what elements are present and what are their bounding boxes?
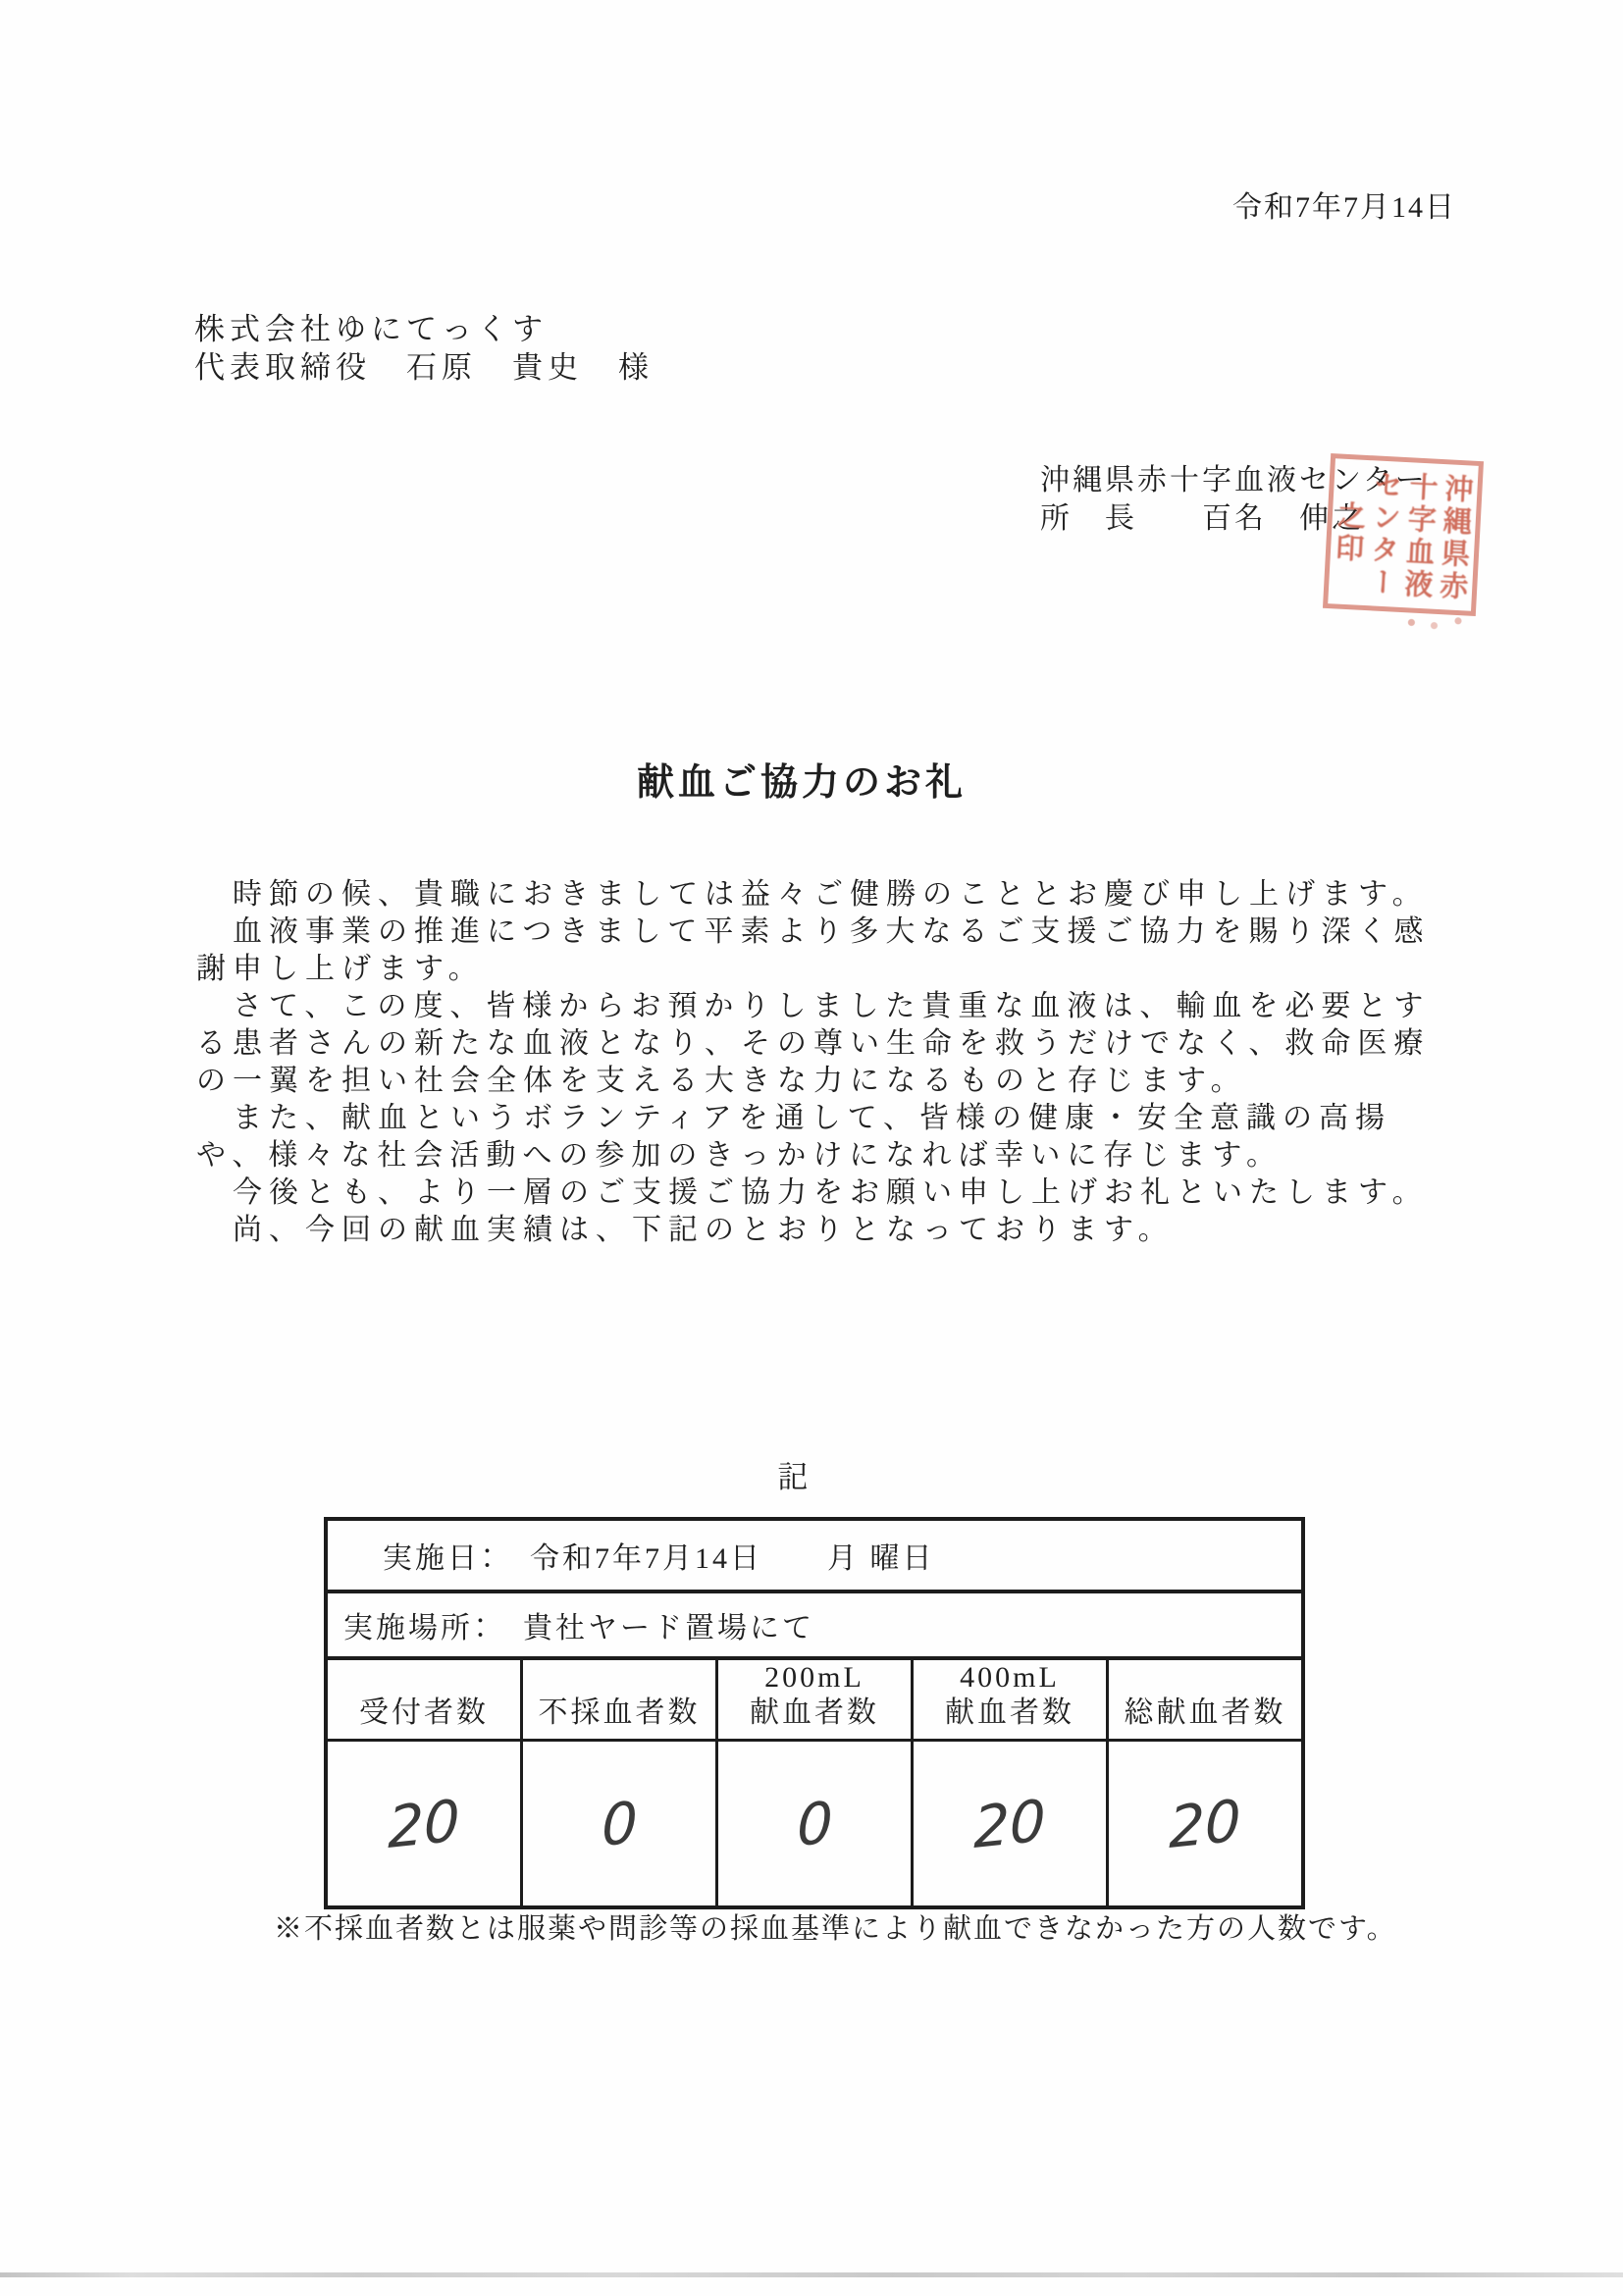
- body-line: また、献血というボランティアを通して、皆様の健康・安全意識の高揚: [196, 1100, 1472, 1137]
- body-line: さて、この度、皆様からお預かりしました貴重な血液は、輸血を必要とす: [196, 988, 1472, 1025]
- body-line: 時節の候、貴職におきましては益々ご健勝のこととお慶び申し上げます。: [196, 876, 1472, 913]
- table-row-place: 実施場所： 貴社ヤード置場にて: [328, 1593, 1301, 1660]
- value-cell-reception: 20: [328, 1742, 523, 1905]
- body-line: や、様々な社会活動への参加のきっかけになれば幸いに存じます。: [196, 1137, 1472, 1174]
- column-header-label: 受付者数: [359, 1696, 489, 1731]
- donation-results-table: 実施日： 令和7年7月14日 月 曜日 実施場所： 貴社ヤード置場にて 受付者数…: [324, 1517, 1305, 1909]
- column-header-label: 献血者数: [750, 1696, 879, 1731]
- column-header-label: 不採血者数: [539, 1696, 701, 1731]
- addressee-person: 代表取締役 石原 貴史 様: [194, 348, 654, 387]
- column-header-label: 献血者数: [945, 1696, 1074, 1731]
- table-header-row: 受付者数 不採血者数 200mL 献血者数 400mL 献血者数 総献血者数: [328, 1660, 1301, 1742]
- column-header-400ml: 400mL 献血者数: [914, 1660, 1109, 1739]
- value-cell-400ml: 20: [914, 1742, 1109, 1905]
- scanned-letter-page: 令和7年7月14日 株式会社ゆにてっくす 代表取締役 石原 貴史 様 沖縄県赤十…: [0, 0, 1623, 2296]
- column-header-label: 総献血者数: [1125, 1696, 1286, 1731]
- body-line: 血液事業の推進につきまして平素より多大なるご支援ご協力を賜り深く感: [196, 913, 1472, 951]
- footnote: ※不採血者数とは服薬や問診等の採血基準により献血できなかった方の人数です。: [274, 1906, 1397, 1947]
- value-cell-deferred: 0: [523, 1742, 718, 1905]
- letter-title: 献血ご協力のお礼: [0, 752, 1603, 806]
- body-line: 今後とも、より一層のご支援ご協力をお願い申し上げお礼といたします。: [196, 1174, 1472, 1212]
- red-seal-stamp: 沖縄県赤十字血液センター之印: [1323, 453, 1484, 616]
- body-line: 謝申し上げます。: [196, 951, 1472, 988]
- table-values-row: 20 0 0 20 20: [328, 1742, 1301, 1905]
- letter-date: 令和7年7月14日: [1232, 183, 1456, 226]
- column-header-200ml: 200mL 献血者数: [718, 1660, 914, 1739]
- body-line: の一翼を担い社会全体を支える大きな力になるものと存じます。: [196, 1063, 1472, 1100]
- scan-artifact-line: [0, 2272, 1623, 2277]
- column-header-total: 総献血者数: [1109, 1660, 1301, 1739]
- column-header-deferred: 不採血者数: [523, 1660, 718, 1739]
- seal-ink-smudge: [1403, 616, 1472, 632]
- body-line: る患者さんの新たな血液となり、その尊い生命を救うだけでなく、救命医療: [196, 1025, 1472, 1063]
- table-row-date: 実施日： 令和7年7月14日 月 曜日: [328, 1521, 1301, 1593]
- handwritten-value: 20: [1169, 1786, 1240, 1860]
- record-mark: 記: [0, 1452, 1588, 1496]
- red-seal-text: 沖縄県赤十字血液センター之印: [1331, 463, 1475, 607]
- column-header-top: 200mL: [764, 1660, 864, 1696]
- handwritten-value: 20: [388, 1786, 459, 1860]
- addressee-company: 株式会社ゆにてっくす: [194, 310, 654, 348]
- column-header-reception: 受付者数: [328, 1660, 523, 1739]
- value-cell-200ml: 0: [718, 1742, 914, 1905]
- handwritten-value: 0: [602, 1788, 638, 1858]
- column-header-top: 400mL: [960, 1660, 1060, 1696]
- body-line: 尚、今回の献血実績は、下記のとおりとなっております。: [196, 1212, 1472, 1249]
- letter-body: 時節の候、貴職におきましては益々ご健勝のこととお慶び申し上げます。 血液事業の推…: [196, 876, 1472, 1249]
- addressee-block: 株式会社ゆにてっくす 代表取締役 石原 貴史 様: [194, 310, 654, 387]
- value-cell-total: 20: [1109, 1742, 1301, 1905]
- handwritten-value: 20: [973, 1786, 1045, 1860]
- handwritten-value: 0: [797, 1788, 833, 1858]
